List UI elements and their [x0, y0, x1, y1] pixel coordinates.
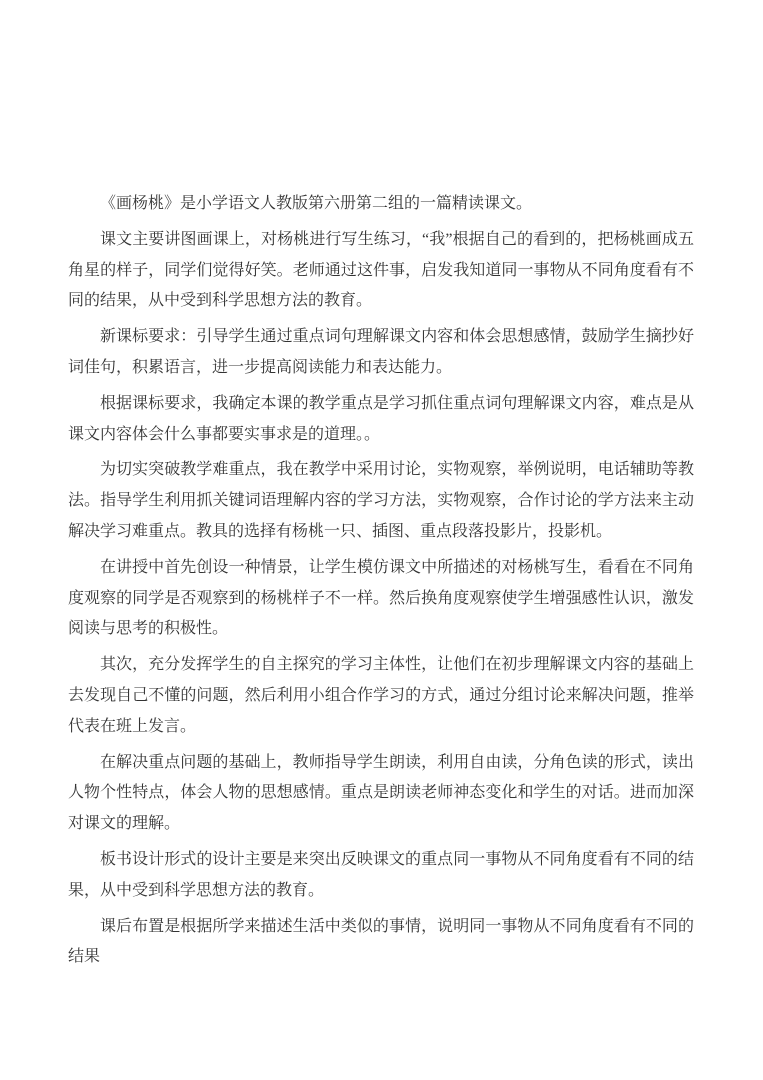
paragraph-teaching-methods: 为切实突破教学难重点，我在教学中采用讨论，实物观察，举例说明，电话辅助等教法。指…	[68, 455, 694, 547]
document-page: 《画杨桃》是小学语文人教版第六册第二组的一篇精读课文。 课文主要讲图画课上，对杨…	[0, 0, 763, 1080]
paragraph-summary: 课文主要讲图画课上，对杨桃进行写生练习，“我”根据自己的看到的，把杨桃画成五角星…	[68, 225, 694, 317]
paragraph-student-autonomy: 其次，充分发挥学生的自主探究的学习主体性，让他们在初步理解课文内容的基础上去发现…	[68, 650, 694, 742]
paragraph-curriculum-requirements: 新课标要求：引导学生通过重点词句理解课文内容和体会思想感情，鼓励学生摘抄好词佳句…	[68, 322, 694, 384]
document-body: 《画杨桃》是小学语文人教版第六册第二组的一篇精读课文。 课文主要讲图画课上，对杨…	[68, 189, 694, 978]
paragraph-reading-guidance: 在解决重点问题的基础上，教师指导学生朗读，利用自由读，分角色读的形式，读出人物个…	[68, 748, 694, 840]
paragraph-teaching-focus: 根据课标要求，我确定本课的教学重点是学习抓住重点词句理解课文内容，难点是从课文内…	[68, 389, 694, 451]
paragraph-intro: 《画杨桃》是小学语文人教版第六册第二组的一篇精读课文。	[68, 189, 694, 220]
paragraph-homework: 课后布置是根据所学来描述生活中类似的事情，说明同一事物从不同角度看有不同的结果	[68, 912, 694, 974]
paragraph-board-design: 板书设计形式的设计主要是来突出反映课文的重点同一事物从不同角度看有不同的结果，从…	[68, 845, 694, 907]
paragraph-scenario-creation: 在讲授中首先创设一种情景，让学生模仿课文中所描述的对杨桃写生，看看在不同角度观察…	[68, 553, 694, 645]
